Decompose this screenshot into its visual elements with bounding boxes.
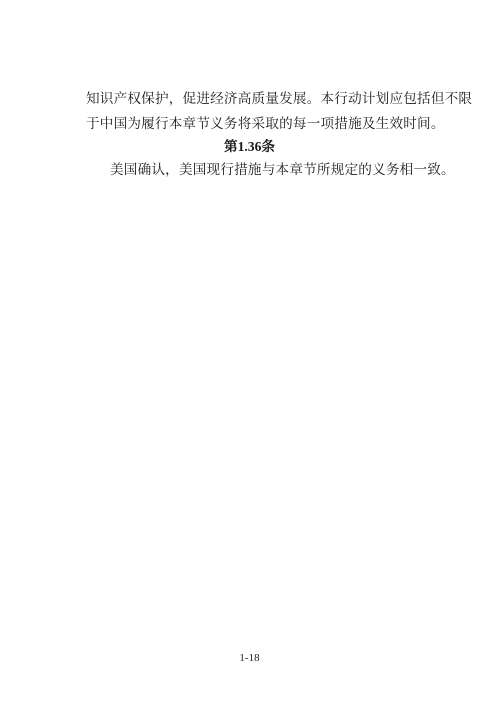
paragraph-line: 知识产权保护，促进经济高质量发展。本行动计划应包括但不限 [86,90,472,108]
paragraph-line: 于中国为履行本章节义务将采取的每一项措施及生效时间。 [86,115,445,133]
article-body-text: 美国确认，美国现行措施与本章节所规定的义务相一致。 [110,161,455,179]
document-page: 知识产权保护，促进经济高质量发展。本行动计划应包括但不限 于中国为履行本章节义务… [0,0,499,706]
page-number: 1-18 [0,651,499,665]
article-heading: 第1.36条 [0,138,499,156]
